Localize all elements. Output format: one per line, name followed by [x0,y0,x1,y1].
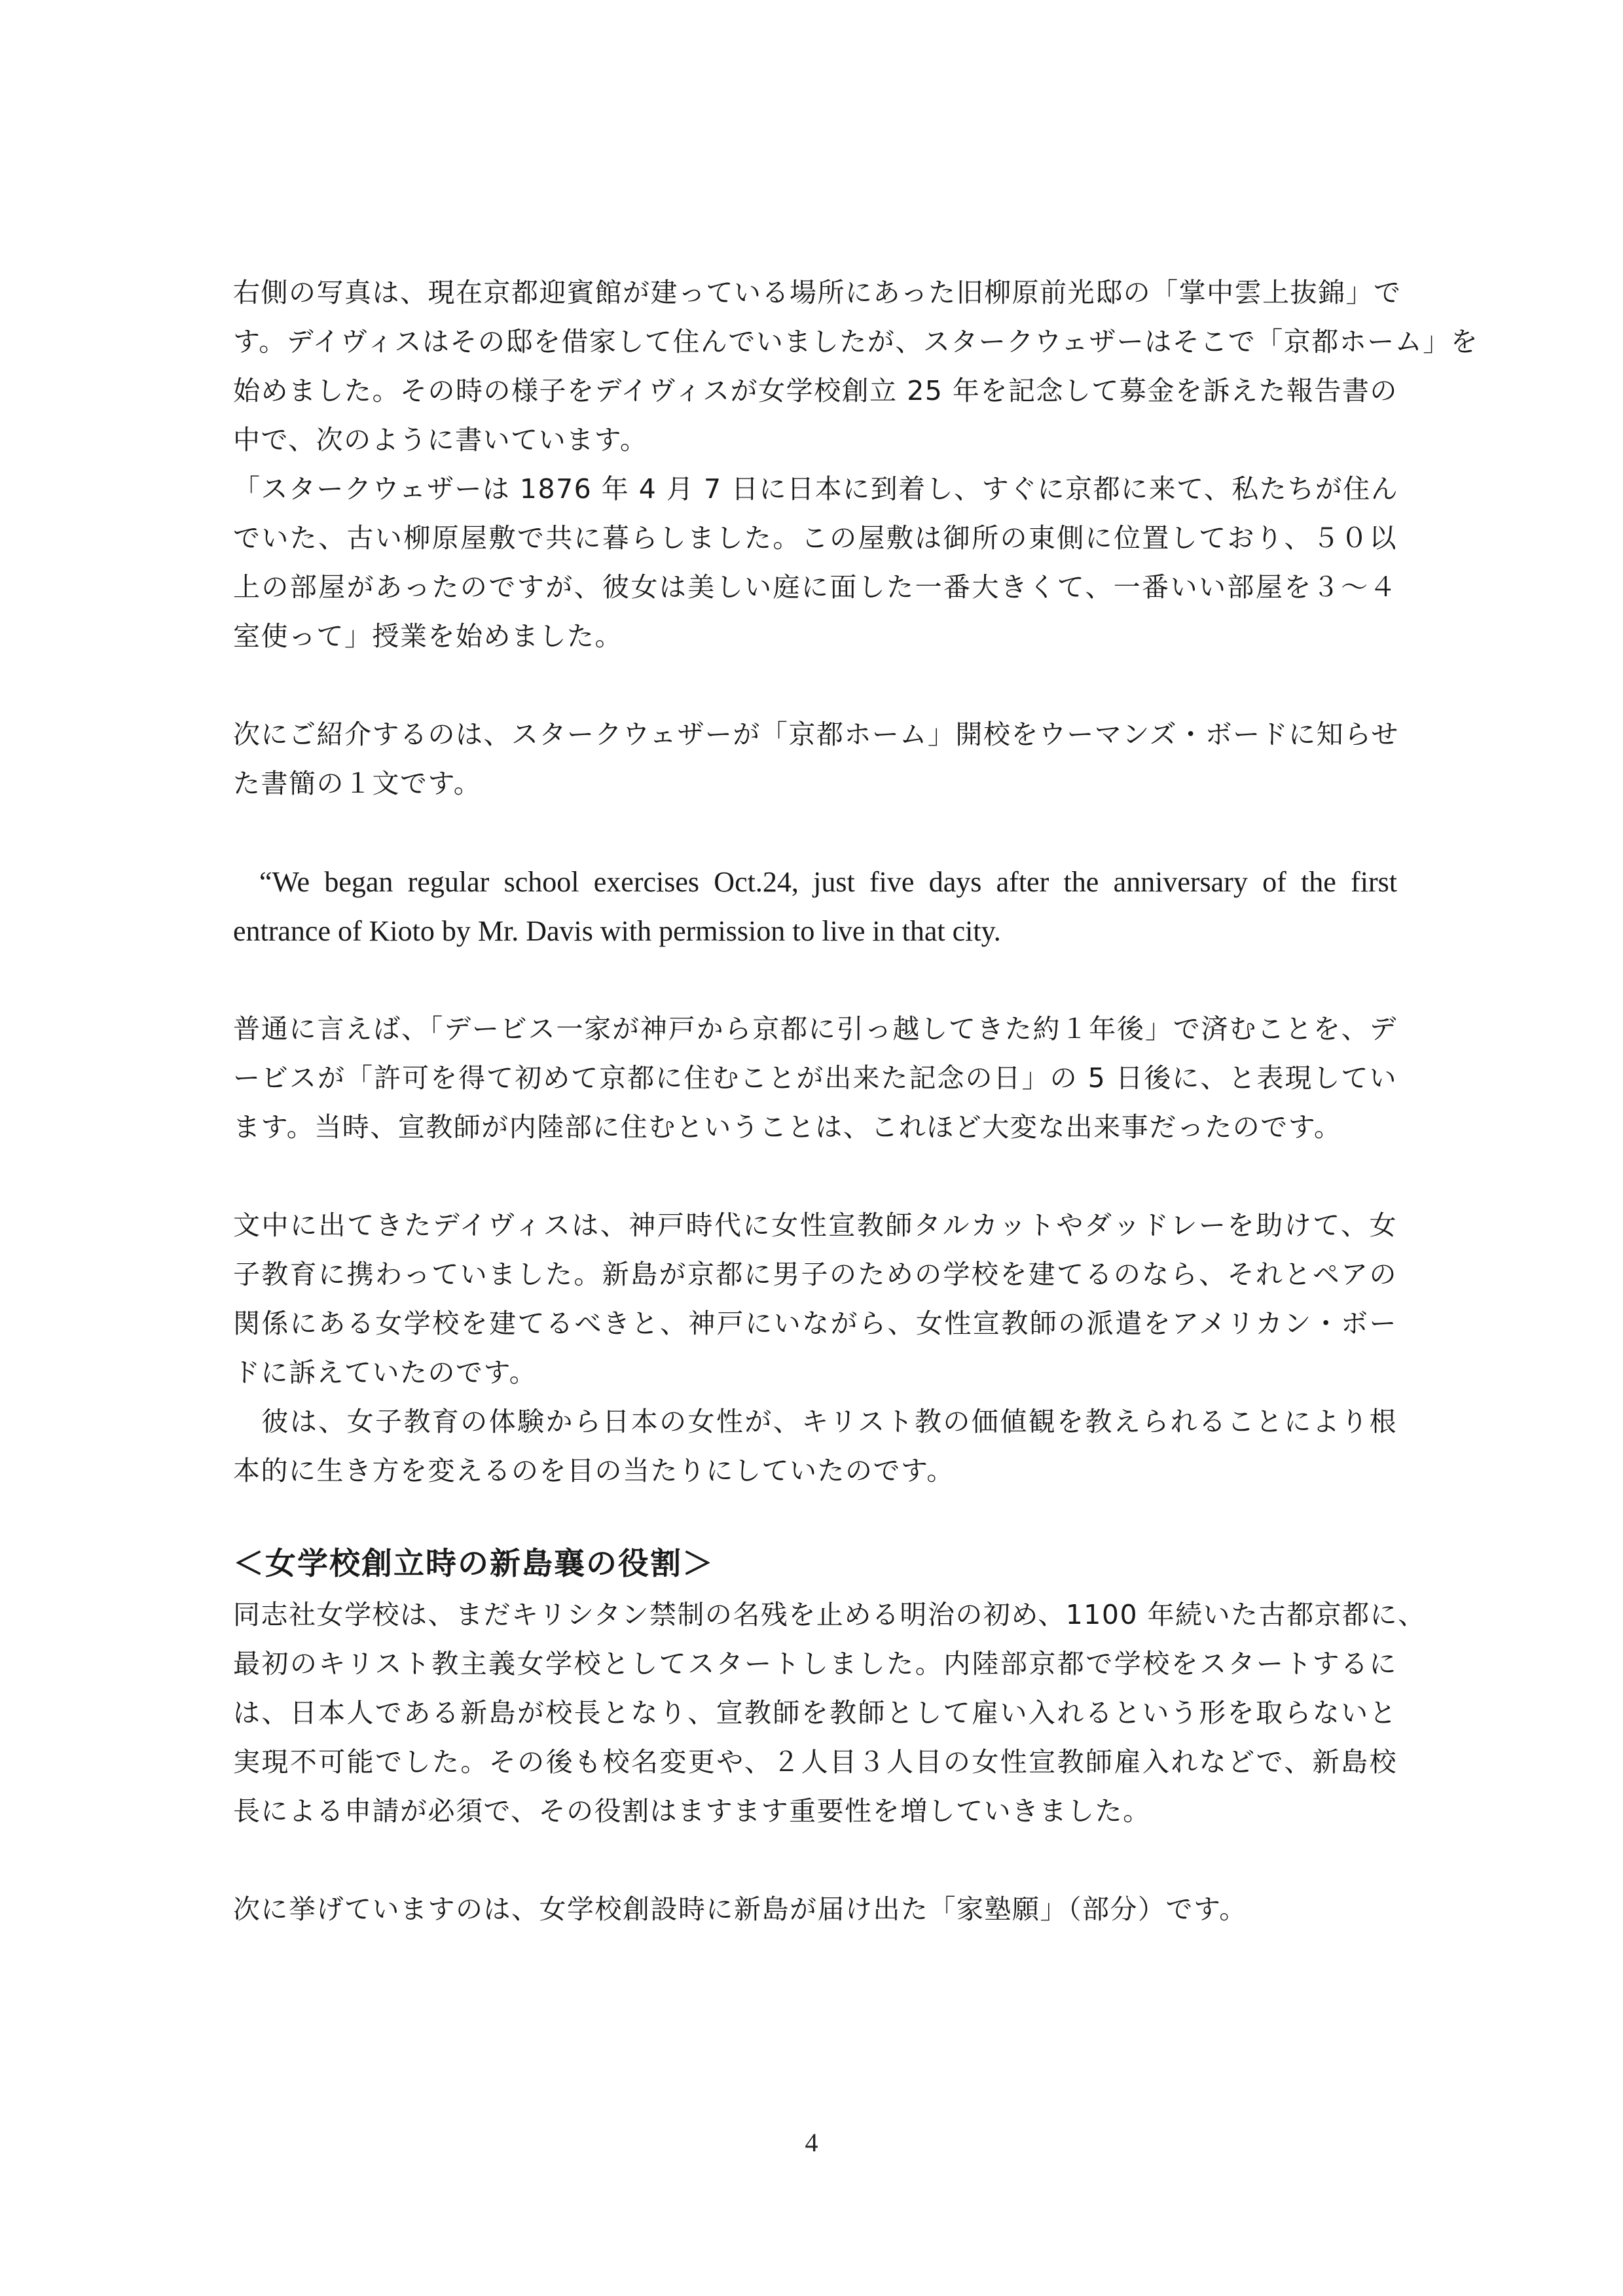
text-line: 次に挙げていますのは、女学校創設時に新島が届け出た「家塾願」（部分）です。 [233,1885,1397,1934]
text-line: 室使って」授業を始めました。 [233,612,1397,661]
text-line: 子教育に携わっていました。新島が京都に男子のための学校を建てるのなら、それとペア… [233,1250,1397,1299]
paragraph-commentary: 普通に言えば、「デービス一家が神戸から京都に引っ越してきた約１年後」で済むことを… [233,1005,1397,1152]
text-line: 右側の写真は、現在京都迎賓館が建っている場所にあった旧柳原前光邸の「掌中雲上抜錦… [233,268,1397,317]
text-line: 同志社女学校は、まだキリシタン禁制の名残を止める明治の初め、1100 年続いた古… [233,1590,1397,1640]
english-quote: “We began regular school exercises Oct.2… [233,857,1397,956]
text-line: ドに訴えていたのです。 [233,1348,1397,1397]
text-line: ます。当時、宣教師が内陸部に住むということは、これほど大変な出来事だったのです。 [233,1103,1397,1152]
text-line: す。デイヴィスはその邸を借家して住んでいましたが、スタークウェザーはそこで「京都… [233,317,1397,367]
paragraph-photo-description: 右側の写真は、現在京都迎賓館が建っている場所にあった旧柳原前光邸の「掌中雲上抜錦… [233,268,1397,661]
section-niijima-role: ＜女学校創立時の新島襄の役割＞ 同志社女学校は、まだキリシタン禁制の名残を止める… [233,1538,1397,1934]
text-line: 最初のキリスト教主義女学校としてスタートしました。内陸部京都で学校をスタートする… [233,1640,1397,1689]
text-line: ービスが「許可を得て初めて京都に住むことが出来た記念の日」の 5 日後に、と表現… [233,1054,1397,1103]
section-heading: ＜女学校創立時の新島襄の役割＞ [233,1538,1397,1590]
paragraph-davis: 文中に出てきたデイヴィスは、神戸時代に女性宣教師タルカットやダッドレーを助けて、… [233,1201,1397,1496]
text-line: でいた、古い柳原屋敷で共に暮らしました。この屋敷は御所の東側に位置しており、５０… [233,514,1397,563]
text-line: 文中に出てきたデイヴィスは、神戸時代に女性宣教師タルカットやダッドレーを助けて、… [233,1201,1397,1250]
text-line: 本的に生き方を変えるのを目の当たりにしていたのです。 [233,1446,1397,1496]
text-line: 長による申請が必須で、その役割はますます重要性を増していきました。 [233,1787,1397,1836]
document-body: 右側の写真は、現在京都迎賓館が建っている場所にあった旧柳原前光邸の「掌中雲上抜錦… [233,268,1397,1934]
paragraph-spacer [233,956,1397,1005]
paragraph-spacer [233,661,1397,710]
text-line: た書簡の１文です。 [233,759,1397,808]
document-page: 右側の写真は、現在京都迎賓館が建っている場所にあった旧柳原前光邸の「掌中雲上抜錦… [0,0,1623,2296]
paragraph-spacer [233,1152,1397,1201]
text-line: 普通に言えば、「デービス一家が神戸から京都に引っ越してきた約１年後」で済むことを… [233,1005,1397,1054]
paragraph-spacer [233,808,1397,857]
text-line: 中で、次のように書いています。 [233,416,1397,465]
page-number: 4 [0,2127,1623,2158]
paragraph-letter-intro: 次にご紹介するのは、スタークウェザーが「京都ホーム」開校をウーマンズ・ボードに知… [233,710,1397,808]
text-line: は、日本人である新島が校長となり、宣教師を教師として雇い入れるという形を取らない… [233,1689,1397,1738]
text-line: 次にご紹介するのは、スタークウェザーが「京都ホーム」開校をウーマンズ・ボードに知… [233,710,1397,759]
text-line: 「スタークウェザーは 1876 年 4 月 7 日に日本に到着し、すぐに京都に来… [233,465,1397,514]
quote-line: “We began regular school exercises Oct.2… [233,857,1397,906]
paragraph-spacer [233,1836,1397,1885]
text-line: 上の部屋があったのですが、彼女は美しい庭に面した一番大きくて、一番いい部屋を３～… [233,563,1397,612]
text-line: 実現不可能でした。その後も校名変更や、２人目３人目の女性宣教師雇入れなどで、新島… [233,1738,1397,1787]
text-line: 始めました。その時の様子をデイヴィスが女学校創立 25 年を記念して募金を訴えた… [233,367,1397,416]
paragraph-spacer [233,1496,1397,1545]
text-line: 関係にある女学校を建てるべきと、神戸にいながら、女性宣教師の派遣をアメリカン・ボ… [233,1299,1397,1348]
text-line: 彼は、女子教育の体験から日本の女性が、キリスト教の価値観を教えられることにより根 [233,1397,1397,1446]
quote-line: entrance of Kioto by Mr. Davis with perm… [233,906,1397,956]
